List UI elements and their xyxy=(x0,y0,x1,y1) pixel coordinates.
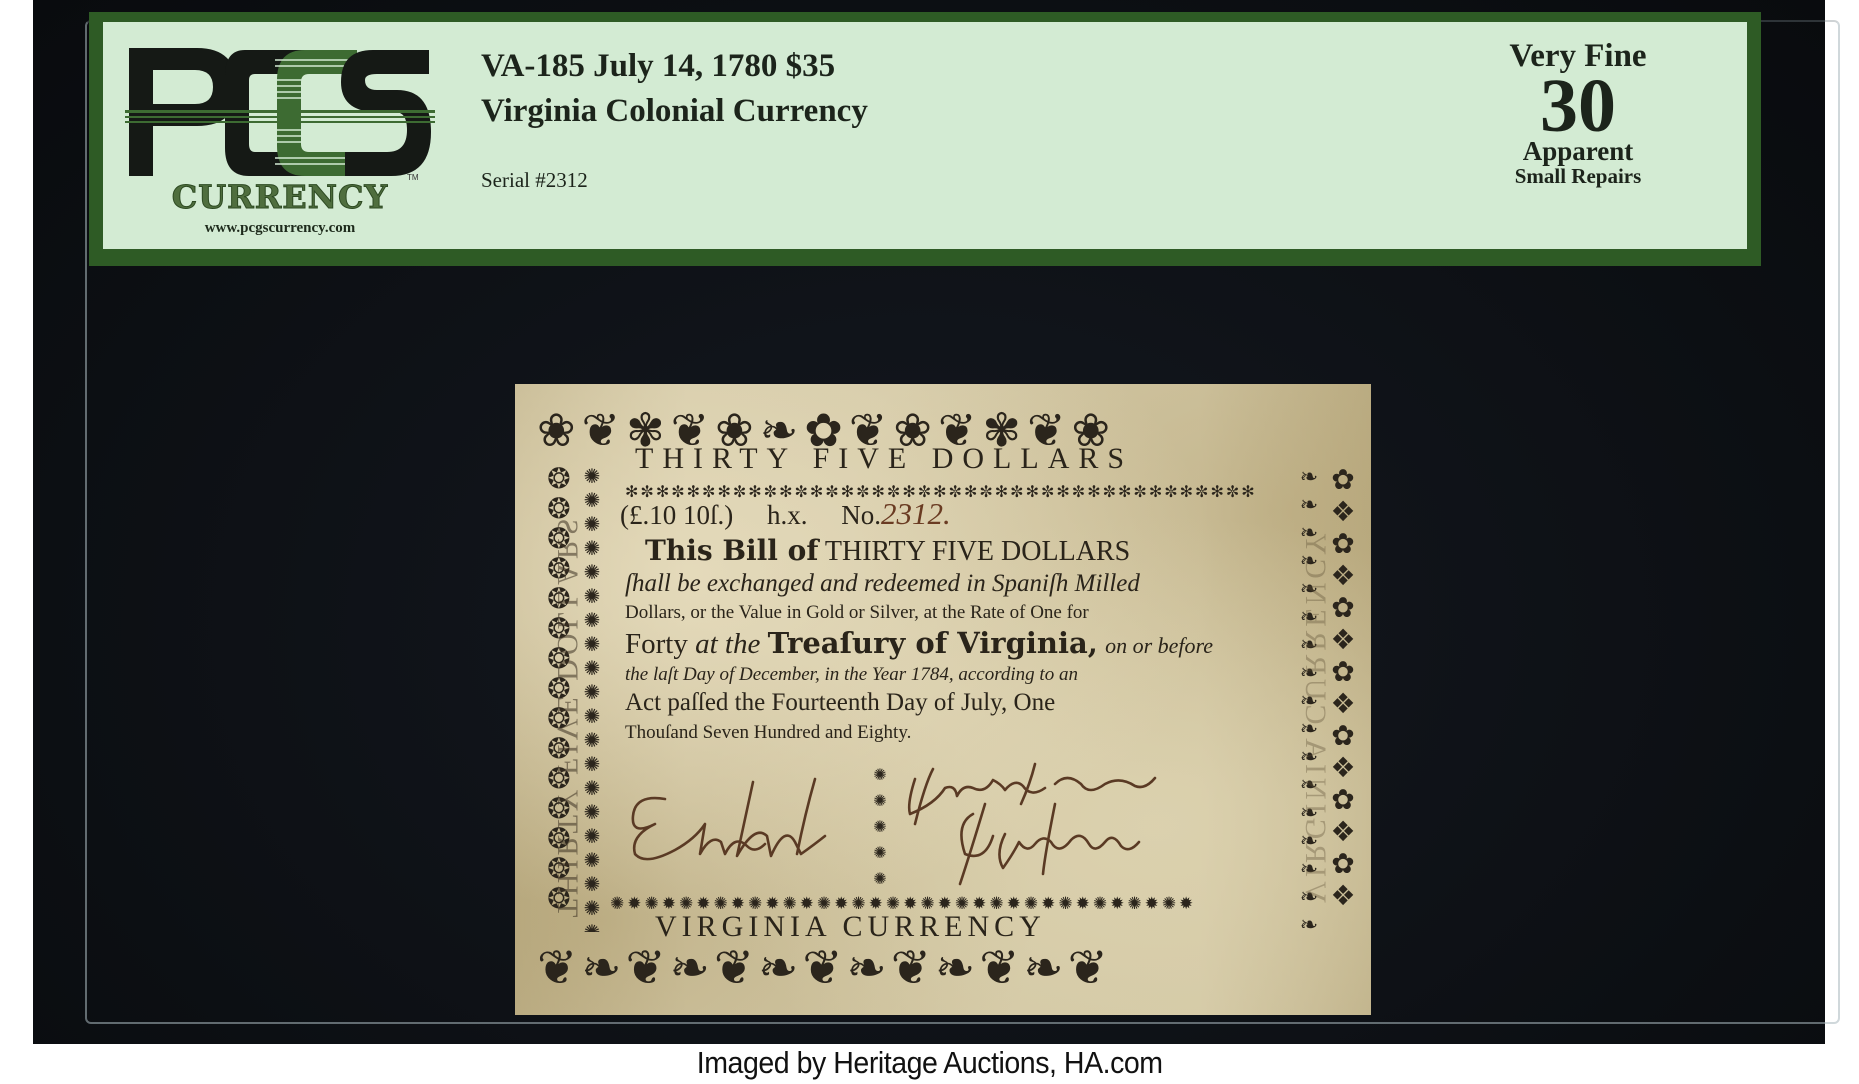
note-heading: THIRTY FIVE DOLLARS xyxy=(635,442,1133,476)
grade-note: Small Repairs xyxy=(1473,164,1683,188)
blackletter-phrase: This Bill of xyxy=(645,534,818,567)
logo-website: www.pcgscurrency.com xyxy=(125,220,435,237)
pcgs-currency-logo: TM CURRENCY www.pcgscurrency.com xyxy=(125,40,435,240)
signature-divider: ✺✺✺✺✺ xyxy=(870,762,890,892)
grade-block: Very Fine 30 Apparent Small Repairs xyxy=(1473,38,1683,188)
catalog-line: VA-185 July 14, 1780 $35 xyxy=(481,44,868,89)
note-line-3: Dollars, or the Value in Gold or Silver,… xyxy=(625,602,1089,624)
word-forty: Forty xyxy=(625,628,688,660)
banknote: ❀❦✾❦❀❧✿❦❀❦✾❦❀ ❂❂❂❂❂❂❂❂❂❂❂❂❂❂❂ ✺✺✺✺✺✺✺✺✺✺… xyxy=(515,384,1371,1015)
denomination-line: (£.10 10ſ.) h.x. No.2312. xyxy=(620,496,951,532)
image-credit-caption: Imaged by Heritage Auctions, HA.com xyxy=(75,1045,1785,1081)
serial-number: Serial #2312 xyxy=(481,168,588,193)
series-line: Virginia Colonial Currency xyxy=(481,89,868,134)
grade-qualifier: Apparent xyxy=(1473,138,1683,164)
sterling-value: (£.10 10ſ.) xyxy=(620,500,733,530)
grading-label: TM CURRENCY www.pcgscurrency.com VA-185 … xyxy=(89,12,1761,266)
treasury-phrase: Treaſury of Virginia, xyxy=(768,626,1098,660)
note-footer: VIRGINIA CURRENCY xyxy=(655,910,1046,944)
phrase-at-the: at the xyxy=(695,628,760,660)
grading-label-panel: TM CURRENCY www.pcgscurrency.com VA-185 … xyxy=(103,22,1747,249)
svg-text:TM: TM xyxy=(407,173,419,182)
note-line-4: Forty at the Treaſury of Virginia, on or… xyxy=(625,626,1213,661)
note-line-2: ſhall be exchanged and redeemed in Spani… xyxy=(625,570,1140,598)
note-title: VA-185 July 14, 1780 $35 Virginia Coloni… xyxy=(481,44,868,134)
note-line-1: This Bill of THIRTY FIVE DOLLARS xyxy=(645,534,1130,568)
number-prefix: No. xyxy=(841,500,881,530)
plate-letter: h.x. xyxy=(767,500,808,530)
note-line-7: Thouſand Seven Hundred and Eighty. xyxy=(625,722,911,744)
signature-hopkins xyxy=(960,804,1139,884)
grade-number: 30 xyxy=(1473,74,1683,138)
pcgs-logo-icon: TM xyxy=(125,40,435,182)
note-line-5: the laſt Day of December, in the Year 17… xyxy=(625,664,1078,686)
side-text-left: THIRTY FIVE DOLLARS xyxy=(550,506,584,926)
signature-archer xyxy=(633,779,825,859)
handwritten-serial: 2312. xyxy=(881,496,951,531)
note-line-6: Act paſſed the Fourteenth Day of July, O… xyxy=(625,689,1055,717)
signature-syme xyxy=(909,764,1155,824)
side-text-right: VIRGINIA CURRENCY xyxy=(1298,506,1332,926)
denomination-words: THIRTY FIVE DOLLARS xyxy=(825,536,1130,567)
logo-currency-wordmark: CURRENCY xyxy=(125,182,435,212)
phrase-on-or-before: on or before xyxy=(1105,633,1213,658)
